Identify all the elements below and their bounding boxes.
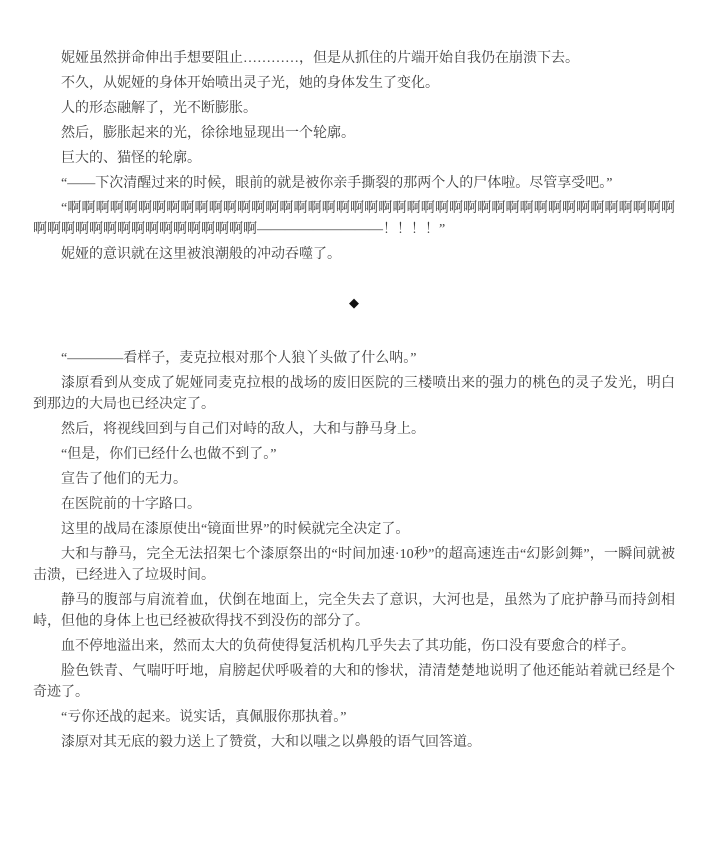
paragraph-dialogue: “————看样子，麦克拉根对那个人狼丫头做了什么呐。” [33,348,675,369]
paragraph: 静马的腹部与肩流着血，伏倒在地面上，完全失去了意识，大河也是，虽然为了庇护静马而… [33,590,675,632]
paragraph: 大和与静马，完全无法招架七个漆原祭出的“时间加速·10秒”的超高速连击“幻影剑舞… [33,544,675,586]
scene-separator: ◆ [33,295,675,312]
section-2: “————看样子，麦克拉根对那个人狼丫头做了什么呐。” 漆原看到从变成了妮娅同麦… [33,348,675,753]
paragraph: 妮娅虽然拼命伸出手想要阻止…………，但是从抓住的片端开始自我仍在崩溃下去。 [33,48,675,69]
paragraph-scream: “啊啊啊啊啊啊啊啊啊啊啊啊啊啊啊啊啊啊啊啊啊啊啊啊啊啊啊啊啊啊啊啊啊啊啊啊啊啊啊… [33,198,675,240]
diamond-separator-icon: ◆ [349,295,359,310]
paragraph: 漆原对其无底的毅力送上了赞赏，大和以嗤之以鼻般的语气回答道。 [33,732,675,753]
paragraph: 巨大的、猫怪的轮廓。 [33,148,675,169]
paragraph: 漆原看到从变成了妮娅同麦克拉根的战场的废旧医院的三楼喷出来的强力的桃色的灵子发光… [33,373,675,415]
page-content: 妮娅虽然拼命伸出手想要阻止…………，但是从抓住的片端开始自我仍在崩溃下去。 不久… [33,48,675,757]
section-1: 妮娅虽然拼命伸出手想要阻止…………，但是从抓住的片端开始自我仍在崩溃下去。 不久… [33,48,675,265]
paragraph: 宣告了他们的无力。 [33,469,675,490]
paragraph: 妮娅的意识就在这里被浪潮般的冲动吞噬了。 [33,244,675,265]
novel-page: 妮娅虽然拼命伸出手想要阻止…………，但是从抓住的片端开始自我仍在崩溃下去。 不久… [0,0,708,850]
paragraph-dialogue: “亏你还战的起来。说实话，真佩服你那执着。” [33,707,675,728]
paragraph: 脸色铁青、气喘吁吁地，肩膀起伏呼吸着的大和的惨状，清清楚楚地说明了他还能站着就已… [33,661,675,703]
paragraph: 然后，将视线回到与自己们对峙的敌人，大和与静马身上。 [33,419,675,440]
paragraph: 人的形态融解了，光不断膨胀。 [33,98,675,119]
paragraph: 不久，从妮娅的身体开始喷出灵子光，她的身体发生了变化。 [33,73,675,94]
paragraph-dialogue: “但是，你们已经什么也做不到了。” [33,444,675,465]
paragraph: 血不停地溢出来，然而太大的负荷使得复活机构几乎失去了其功能，伤口没有要愈合的样子… [33,636,675,657]
paragraph: 在医院前的十字路口。 [33,494,675,515]
paragraph: 然后，膨胀起来的光，徐徐地显现出一个轮廓。 [33,123,675,144]
paragraph-dialogue: “——下次清醒过来的时候，眼前的就是被你亲手撕裂的那两个人的尸体啦。尽管享受吧。… [33,173,675,194]
paragraph: 这里的战局在漆原使出“镜面世界”的时候就完全决定了。 [33,519,675,540]
